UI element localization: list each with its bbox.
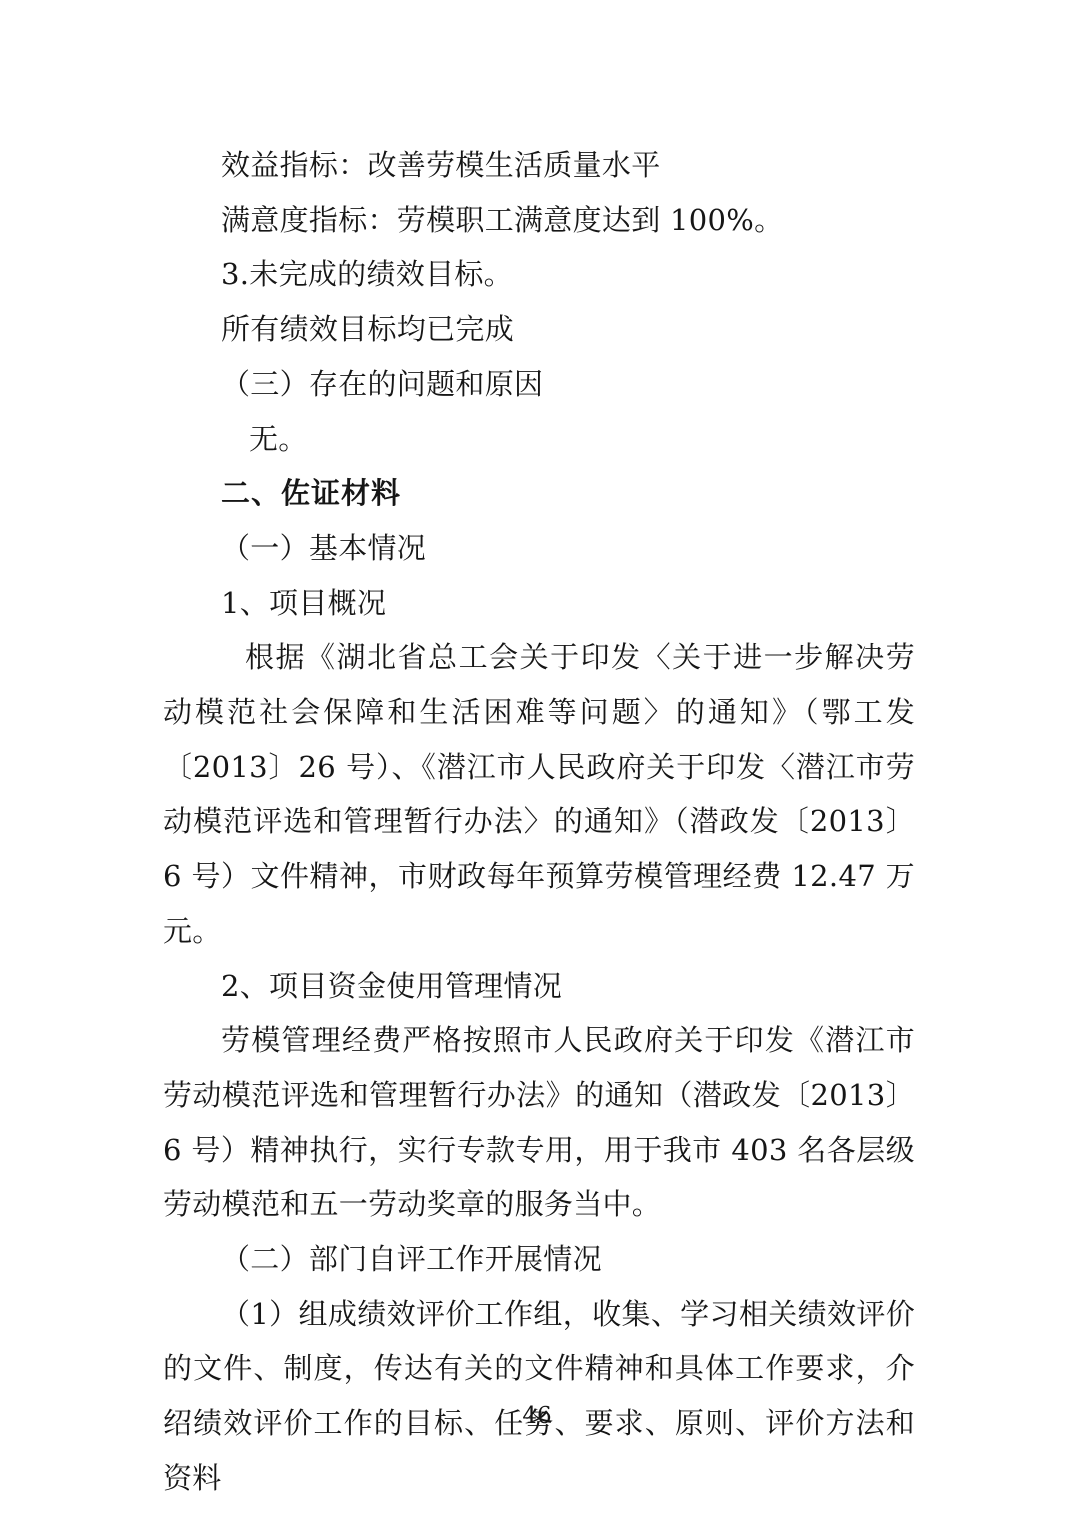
- para-fund-management: 劳模管理经费严格按照市人民政府关于印发《潜江市劳动模范评选和管理暂行办法》的通知…: [163, 1013, 915, 1232]
- document-body: 效益指标：改善劳模生活质量水平 满意度指标：劳模职工满意度达到 100%。 3.…: [163, 138, 915, 1506]
- line-satisfaction-indicator: 满意度指标：劳模职工满意度达到 100%。: [163, 193, 915, 248]
- line-all-goals-completed: 所有绩效目标均已完成: [163, 302, 915, 357]
- line-none: 无。: [163, 412, 915, 467]
- heading-basic-situation: （一）基本情况: [163, 521, 915, 576]
- page-number: 46: [0, 1402, 1074, 1430]
- line-unfinished-goals: 3.未完成的绩效目标。: [163, 247, 915, 302]
- heading-problems-and-causes: （三）存在的问题和原因: [163, 357, 915, 412]
- para-self-evaluation: （1）组成绩效评价工作组，收集、学习相关绩效评价的文件、制度，传达有关的文件精神…: [163, 1287, 915, 1506]
- heading-self-evaluation: （二）部门自评工作开展情况: [163, 1232, 915, 1287]
- heading-supporting-materials: 二、佐证材料: [163, 466, 915, 521]
- line-benefit-indicator: 效益指标：改善劳模生活质量水平: [163, 138, 915, 193]
- para-project-overview: 根据《湖北省总工会关于印发〈关于进一步解决劳动模范社会保障和生活困难等问题〉的通…: [163, 630, 915, 958]
- heading-fund-management: 2、项目资金使用管理情况: [163, 959, 915, 1014]
- heading-project-overview: 1、项目概况: [163, 576, 915, 631]
- document-page: 效益指标：改善劳模生活质量水平 满意度指标：劳模职工满意度达到 100%。 3.…: [0, 0, 1074, 1520]
